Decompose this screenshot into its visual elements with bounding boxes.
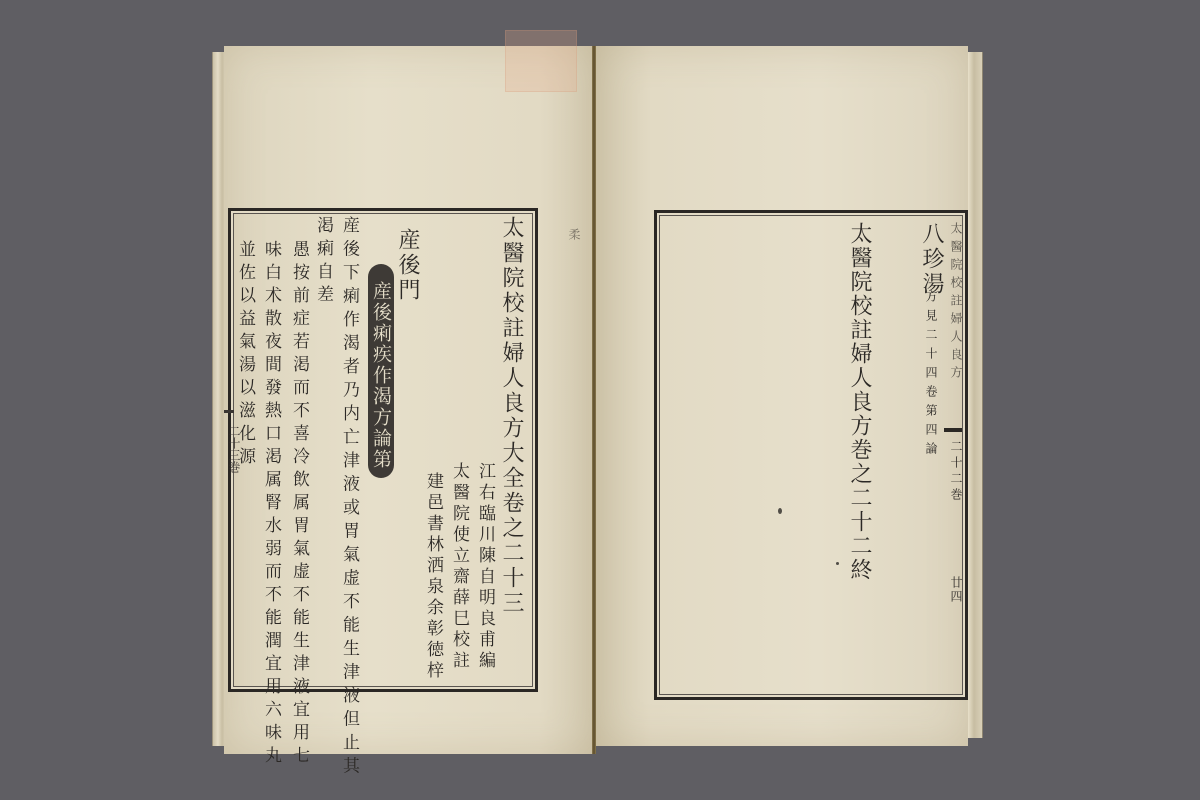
volume-end-title: 太醫院校註婦人良方巻之二十二終 <box>848 222 870 582</box>
spine-title: 太醫院校註婦人良方 <box>950 222 962 384</box>
body-column-1: 産後下痢作渴者乃内亡津液或胃氣虚不能生津液但止其 <box>340 216 357 780</box>
ink-spot <box>778 508 782 514</box>
fish-tail-mark <box>944 428 962 432</box>
credit-publisher: 建邑書林洒泉余彰徳梓 <box>424 472 441 682</box>
body-column-2: 渇痢自差 <box>314 216 331 308</box>
credit-annotator: 太醫院使立齋薛巳校註 <box>450 462 467 672</box>
spine-volume: 二十二巻 <box>950 440 962 504</box>
left-top-margin-note: 柔 <box>566 228 583 240</box>
open-book: 太醫院校註婦人良方大全卷之二十三 江右臨川陳自明良甫編 太醫院使立齋薛巳校註 建… <box>0 0 1200 800</box>
fold-mark <box>224 410 234 413</box>
credit-compiler: 江右臨川陳自明良甫編 <box>476 462 493 672</box>
folio-number: 廿四 <box>950 576 962 604</box>
left-margin-volume-label: 二十三巻 <box>226 425 243 473</box>
ink-spot <box>836 562 839 565</box>
medicine-reference-note: 方見二十四卷第四論 <box>925 290 937 461</box>
section-heading: 産後門 <box>396 228 418 303</box>
chapter-banner: 産後痢疾作渴方論第一 <box>368 264 394 478</box>
faded-seal <box>505 30 577 92</box>
body-column-4: 味白术散夜間發熱口渇属腎水弱而不能潤宜用六味丸 <box>262 240 279 769</box>
medicine-name: 八珍湯 <box>920 222 942 297</box>
body-column-3: 愚按前症若渇而不喜冷飲属胃氣虚不能生津液宜用七 <box>290 240 307 769</box>
volume-title: 太醫院校註婦人良方大全卷之二十三 <box>500 216 522 616</box>
